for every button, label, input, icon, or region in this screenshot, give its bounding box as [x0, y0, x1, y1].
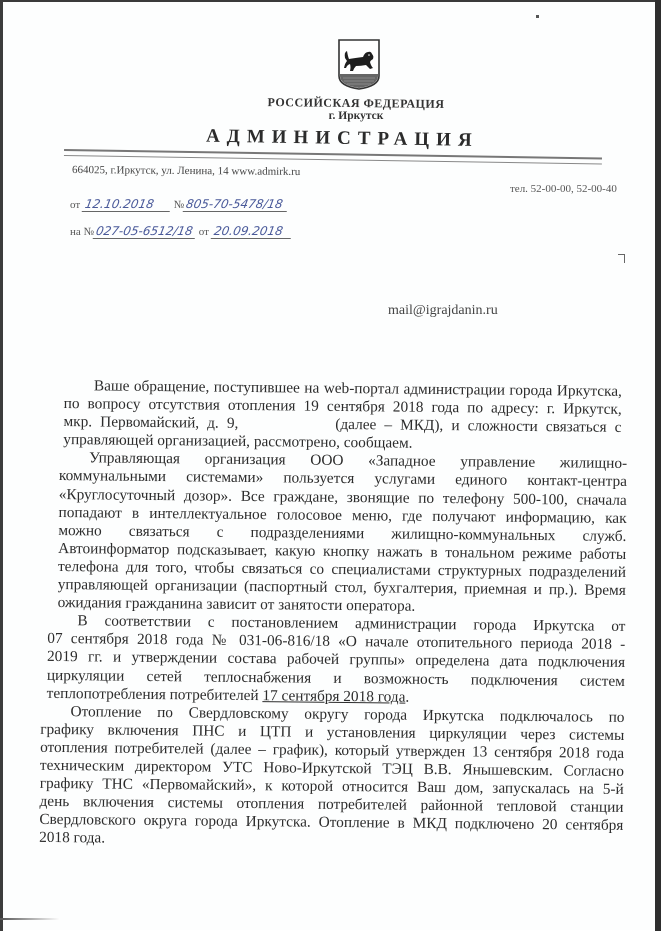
scan-edge-shadow [0, 918, 60, 920]
reply-from-label: от [199, 226, 209, 238]
organization-phone: тел. 52-00-00, 52-00-40 [510, 183, 617, 195]
city-name: г. Иркутск [200, 110, 512, 122]
organization-address: 664025, г.Иркутск, ул. Ленина, 14 www.ad… [72, 164, 300, 178]
scan-speck [536, 15, 539, 18]
scan-border-right [655, 0, 661, 931]
letter-body: Ваше обращение, поступившее на web-порта… [53, 377, 628, 853]
text-segment: . [405, 688, 409, 705]
underlined-date: 17 сентября 2018 года [262, 687, 405, 705]
paragraph-1: Ваше обращение, поступившее на web-порта… [63, 377, 622, 455]
outgoing-date: 12.10.2018 [82, 197, 173, 212]
paragraph-4: Отопление по Свердловскому округу города… [39, 703, 624, 854]
coat-of-arms-icon [337, 38, 381, 90]
organization-title: АДМИНИСТРАЦИЯ [206, 126, 506, 153]
paragraph-2: Управляющая организация ООО «Западное уп… [58, 449, 628, 618]
reply-label: на № [70, 226, 94, 238]
incoming-date: 20.09.2018 [210, 224, 293, 239]
recipient-email: mail@igrajdanin.ru [388, 303, 498, 319]
outgoing-reference: от 12.10.2018 №805-70-5478/18 [70, 197, 288, 212]
from-label: от [70, 199, 80, 211]
text-segment: теплопотребления потребителей [47, 684, 263, 703]
address-corner-mark [618, 254, 625, 263]
outgoing-number: 805-70-5478/18 [183, 197, 290, 212]
incoming-number: 027-05-6512/18 [93, 224, 198, 239]
incoming-reference: на №027-05-6512/18 от 20.09.2018 [70, 224, 292, 239]
paragraph-3: В соответствии с постановлением админист… [47, 612, 626, 709]
